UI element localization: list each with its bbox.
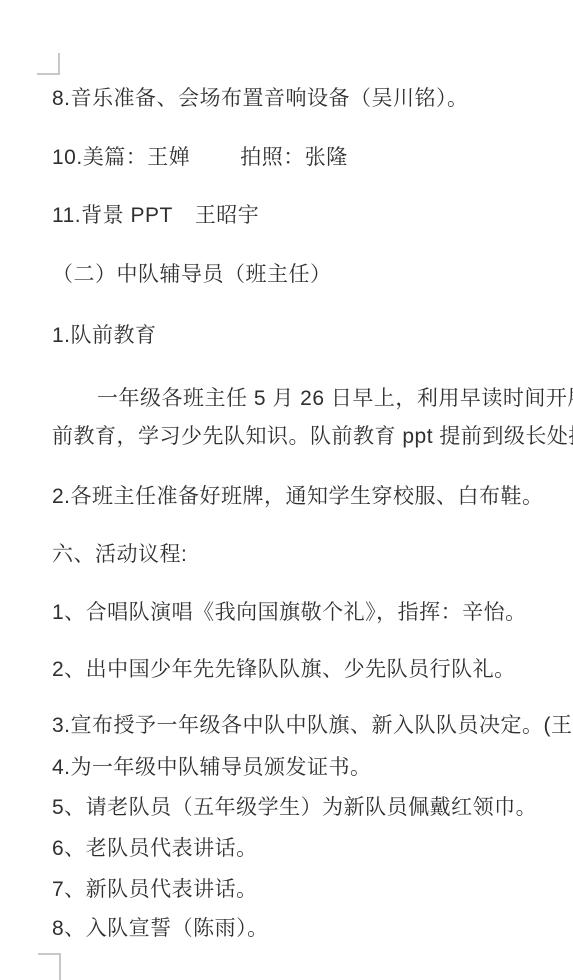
doc-agenda-item-1: 1、合唱队演唱《我向国旗敬个礼》，指挥：辛怡。	[52, 601, 527, 625]
doc-agenda-item-2: 2、出中国少年先先锋队队旗、少先队员行队礼。	[52, 658, 516, 682]
doc-heading-agenda: 六、活动议程:	[52, 543, 187, 567]
doc-line-meipian-photo: 10.美篇：王婵拍照：张隆	[52, 146, 348, 170]
text-boundary-corner-mark-top	[37, 53, 60, 75]
doc-agenda-item-7: 7、新队员代表讲话。	[52, 878, 258, 902]
doc-paragraph-line-1: 一年级各班主任 5 月 26 日早上，利用早读时间开展队	[97, 387, 573, 411]
text-boundary-corner-mark-bottom	[38, 953, 61, 980]
doc-paragraph-line-2: 前教育，学习少先队知识。队前教育 ppt 提前到级长处拷贝	[52, 425, 573, 449]
doc-line-class-plate: 2.各班主任准备好班牌，通知学生穿校服、白布鞋。	[52, 485, 544, 509]
doc-line-background-ppt: 11.背景 PPT王昭宇	[52, 204, 259, 228]
doc-agenda-item-3: 3.宣布授予一年级各中队中队旗、新入队队员决定。(王霞)	[52, 714, 573, 738]
doc-agenda-item-8: 8、入队宣誓（陈雨）。	[52, 917, 269, 941]
doc-line-music-prep: 8.音乐准备、会场布置音响设备（吴川铭）。	[52, 87, 469, 111]
document-page: 8.音乐准备、会场布置音响设备（吴川铭）。 10.美篇：王婵拍照：张隆 11.背…	[0, 0, 573, 980]
doc-heading-counselor: （二）中队辅导员（班主任）	[52, 263, 332, 287]
doc-agenda-item-6: 6、老队员代表讲话。	[52, 837, 258, 861]
doc-agenda-item-4: 4.为一年级中队辅导员颁发证书。	[52, 756, 372, 780]
doc-line-meipian: 10.美篇：王婵	[52, 146, 190, 169]
doc-line-pre-education: 1.队前教育	[52, 324, 157, 348]
doc-line-ppt: 11.背景 PPT	[52, 204, 173, 227]
doc-agenda-item-5: 5、请老队员（五年级学生）为新队员佩戴红领巾。	[52, 796, 537, 820]
doc-line-photo: 拍照：张隆	[240, 146, 348, 170]
doc-line-ppt-person: 王昭宇	[195, 204, 260, 228]
